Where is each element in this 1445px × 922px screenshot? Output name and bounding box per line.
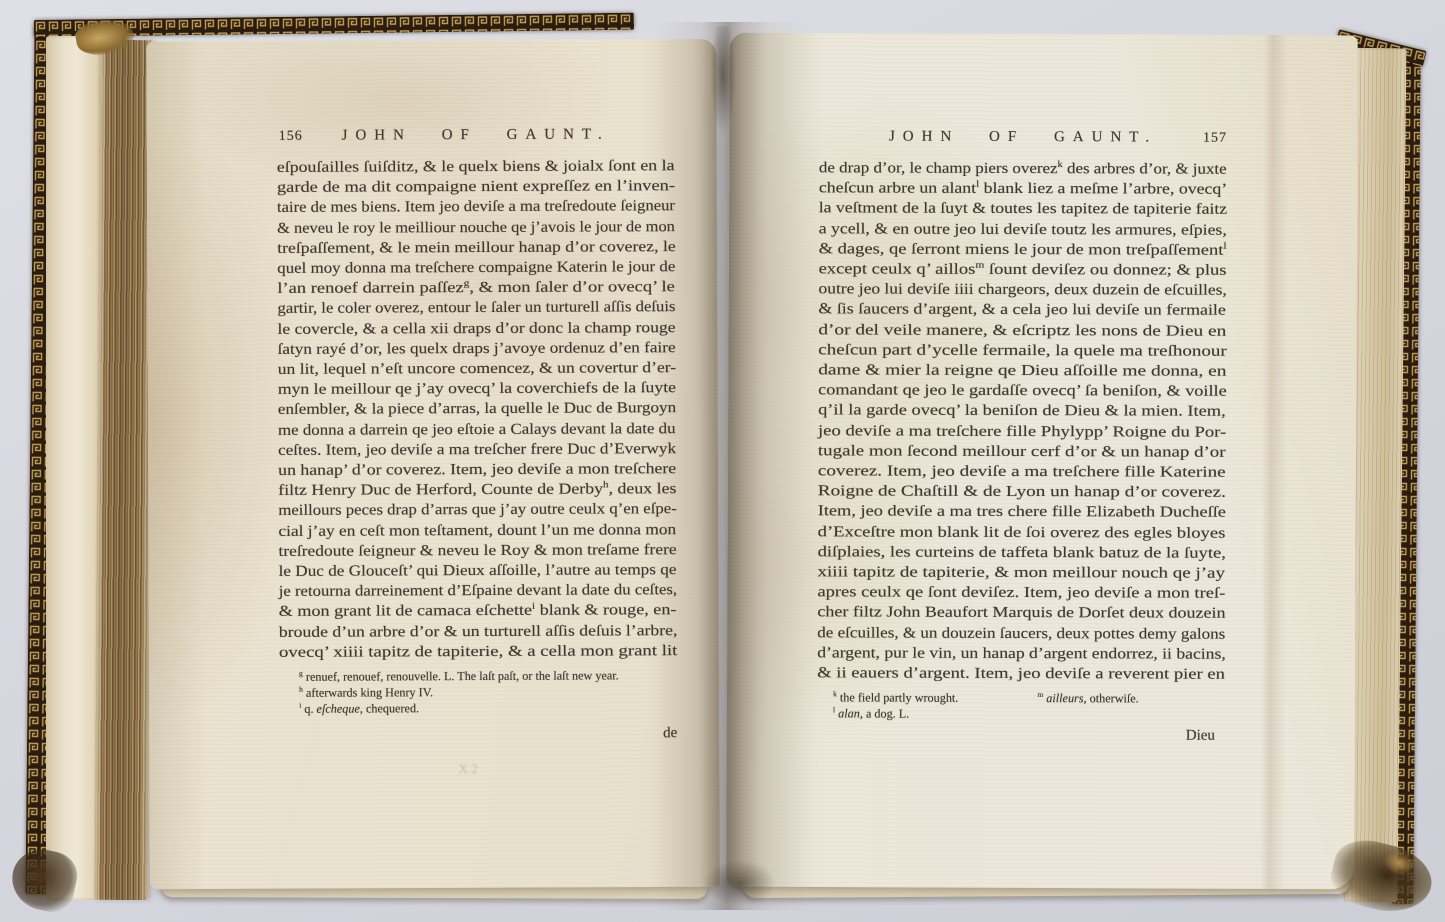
left-footnotes: g renuef, renouef, renouvelle. L. The la… [279,667,677,717]
right-footnotes: k the field partly wrought.l alan, a dog… [817,690,1225,724]
text-line: meillours peces drap d’arras que j’ay ou… [278,500,677,522]
text-line: le covercle, & a cella xii draps d’or do… [277,318,675,340]
text-line: je retourna darreinement d’Eſpaine devan… [279,580,678,602]
text-line: un hanap’ d’or coverez. Item, jeo deviſe… [278,459,676,481]
text-line: l’an renoef darrein paſſezg, & mon ſaler… [277,277,675,299]
left-page-stack-edges [46,36,102,900]
text-line: tugale mon ſecond meillour cerf d’or & u… [818,441,1226,463]
text-line: h afterwards king Henry IV. [299,683,677,701]
text-line: de eſcuilles, & un douzein ſaucers, deux… [817,623,1225,645]
text-line: ceſtes. Item, jeo deviſe a ma treſcher f… [278,439,676,461]
text-line: me donna a darrein qe jeo eſtoie a Calay… [278,419,676,441]
text-line: & mon grant lit de camaca eſchettei blan… [279,601,677,623]
right-header-row: JOHN OF GAUNT. 157 [819,127,1227,150]
left-body-text: eſpouſailles ſuiſditz, & le quelx biens … [277,156,677,663]
text-line: d’Exceſtre mon blank lit de ſoi overez d… [818,522,1226,544]
right-body-text: de drap d’or, le champ piers overezk des… [817,158,1227,685]
text-line: m ailleurs, otherwiſe. [1037,690,1138,707]
text-line: ſatyn rayé d’or, les quelx draps j’avoye… [278,338,676,360]
text-line: & dages, qe ſerront miens le jour de mon… [819,239,1227,261]
text-line: taire de mes biens. Item jeo deviſe a ma… [277,197,675,219]
text-line: ovecq’ xiiii tapitz de tapiterie, & a ce… [279,641,678,663]
text-line: d’argent, pur le vin, un hanap d’argent … [817,643,1226,665]
gutter-top-shadow [706,26,740,186]
text-line: eſpouſailles ſuiſditz, & le quelx biens … [277,156,675,178]
left-page-number: 156 [279,129,303,145]
left-fore-edge-stripes [94,40,154,900]
text-line: cher filtz John Beaufort Marquis de Dorſ… [817,603,1225,625]
text-line: jeo deviſe a ma treſchere fille Phylypp’… [818,421,1226,443]
text-line: a ycell, & en outre jeo lui deviſe toutz… [819,219,1227,241]
right-catchword: Dieu [817,726,1225,744]
text-line: dame & mier la reigne qe Dieu aſſoille m… [818,360,1226,382]
text-line: xiiii tapitz de tapiterie, & mon meillou… [817,562,1225,584]
text-line: enſembler, & la piece d’arras, la quelle… [278,399,676,421]
right-running-header: JOHN OF GAUNT. [889,129,1157,146]
text-line: k the field partly wrought. [833,690,1225,708]
left-running-header: JOHN OF GAUNT. [342,126,610,143]
text-line: filtz Henry Duc de Herford, Counte de De… [278,479,676,501]
left-page-text: 156 JOHN OF GAUNT. eſpouſailles ſuiſditz… [277,125,678,743]
gutter-bottom-shadow [692,846,788,908]
text-line: g renuef, renouef, renouvelle. L. The la… [299,667,677,685]
text-line: d’or del veile manere, & eſcriptz les no… [818,320,1226,342]
text-line: gartir, le coler overez, entour le ſaler… [277,298,675,320]
text-line: broude d’un arbre d’or & un turturell aſ… [279,621,678,643]
right-footnotes-col1: k the field partly wrought.l alan, a dog… [833,690,1225,724]
right-page-text: JOHN OF GAUNT. 157 de drap d’or, le cham… [817,127,1227,744]
text-line: comandant qe jeo le gardaſſe ovecq’ ſa b… [818,381,1227,403]
text-line: q’il la garde ovecq’ la beniſon de Dieu … [818,401,1226,423]
text-line: i q. eſcheque, chequered. [299,700,677,718]
text-line: & neveu le roy le meilliour nouche qe j’… [277,217,675,239]
text-line: & ſis ſaucers d’argent, & a cela jeo lui… [818,300,1226,322]
left-header-row: 156 JOHN OF GAUNT. [277,125,675,149]
text-line: & ii eauers d’argent. Item, jeo deviſe a… [817,663,1225,685]
text-line: un lit, lequel n’eſt uncore comencez, & … [278,358,677,380]
text-line: la veſtment de la ſuyt & toutes les tapi… [819,199,1227,221]
right-footnotes-col2: m ailleurs, otherwiſe. [1037,690,1138,707]
text-line: Roigne de Chaſtill & de Lyon un hanap d’… [818,482,1226,504]
text-line: outre jeo lui deviſe iiii chargeors, deu… [818,280,1226,302]
text-line: treſpaſſement, & le mein meillour hanap … [277,237,676,259]
worn-corner-bottom-right [1326,833,1439,921]
text-line: de drap d’or, le champ piers overezk des… [819,158,1227,180]
text-line: except ceulx q’ aillosm ſount deviſez ou… [819,259,1227,281]
text-line: cheſcun arbre un alantl blank liez a meſ… [819,178,1227,200]
text-line: l alan, a dog. L. [833,706,1225,724]
text-line: Item, jeo deviſe a ma tres chere fille E… [818,502,1226,524]
text-line: diſplaies, les curteins de taffeta blank… [818,542,1226,564]
text-line: myn le meillour qe j’ay ovecq’ la coverc… [278,378,676,400]
signature-mark: X 2 [459,761,478,777]
text-line: le Duc de Glouceſt’ qui Dieux aſſoille, … [279,560,677,582]
text-line: coverez. Item, jeo deviſe a ma treſchere… [818,461,1226,483]
right-page-number: 157 [1203,131,1227,147]
text-line: apres ceulx qe ſont deviſez. Item, jeo d… [817,583,1225,605]
left-catchword: de [279,725,677,744]
text-line: treſredoute ſeigneur & neveu le Roy & mo… [278,540,676,562]
text-line: cheſcun part d’ycelle fermaile, la quele… [818,340,1227,362]
text-line: garde de ma dit compaigne nient expreſſe… [277,176,675,198]
text-line: cial j’ay en ceſt mon teſtament, dount l… [278,520,676,542]
book-photo: 156 JOHN OF GAUNT. eſpouſailles ſuiſditz… [0,0,1445,922]
text-line: quel moy donna ma treſchere compaigne Ka… [277,257,675,279]
